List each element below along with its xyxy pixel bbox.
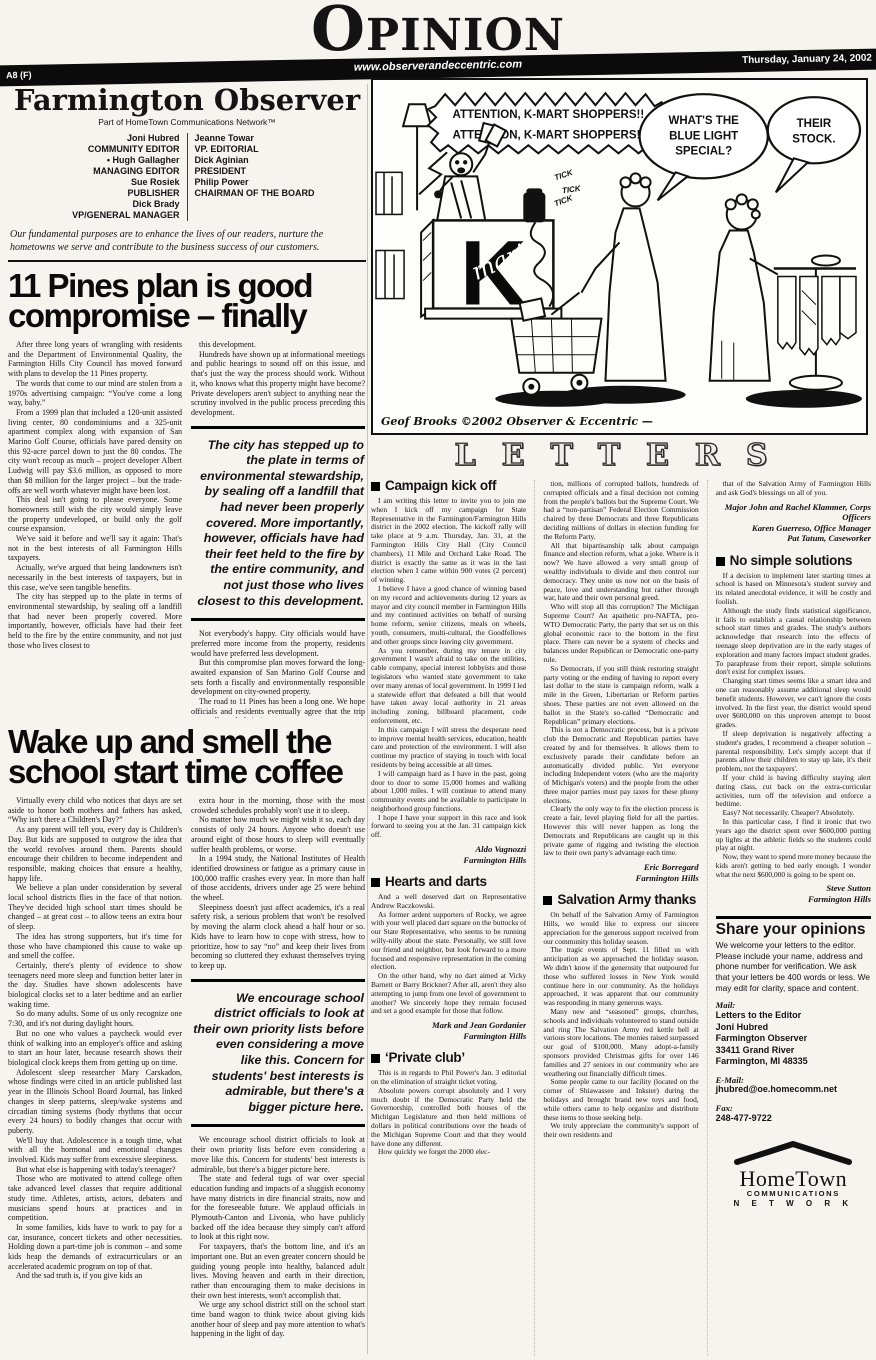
question-line-2: BLUE LIGHT [669,130,738,142]
paragraph: The state and federal tugs of war over s… [191,1174,365,1242]
paragraph: So do many adults. Some of us only recog… [8,1009,182,1028]
paragraph: We encourage school district officials t… [191,1135,365,1174]
signature-line: Aldo Vagnozzi [371,844,526,855]
issue-date: Thursday, January 24, 2002 [742,53,872,66]
staff-column-right: Jeanne TowarVP. EDITORIALDick AginianPRE… [188,133,367,221]
cartoonist-credit: Geof Brooks ©2002 Observer & Eccentric — [381,415,653,428]
editorial-2-col-2-top: extra hour in the morning, those with th… [191,796,365,971]
editorial-headline-2: Wake up and smell the school start time … [8,727,366,787]
email-address: jhubred@oe.homecomm.net [716,1084,871,1096]
paragraph: How quickly we forget the 2000 elec- [371,1148,526,1157]
paragraph: Those who are motivated to attend colleg… [8,1174,182,1223]
staff-line: MANAGING EDITOR [8,166,180,177]
mail-label: Mail: [716,1001,871,1010]
editorial-2: Virtually every child who notices that d… [8,796,366,1341]
balloon-announce-line-1: ATTENTION, K-MART SHOPPERS!! [452,109,644,121]
signature-line: Farmington Hills [371,855,526,866]
signature-line: Pat Tatum, Caseworker [716,533,871,544]
paragraph: Some people came to our facility (locate… [543,1078,698,1122]
letters-column-2: tion, millions of corrupted ballots, hun… [534,480,698,1356]
newspaper-nameplate: Farmington Observer [8,84,366,116]
lamp-icon [403,104,431,210]
share-opinions-box: Share your opinions We welcome your lett… [716,916,871,1124]
editorial-1-col-2-top: this development.Hundreds have shown up … [191,340,365,418]
answer-line-2: STOCK. [792,133,835,145]
tick-sfx-2: TICK [561,184,582,196]
paragraph: So Democrats, if you still think restori… [543,665,698,727]
editorial-2-col-2: extra hour in the morning, those with th… [191,796,365,1341]
signature-line: Karen Guerreso, Office Manager [716,523,871,534]
paragraph: The idea has strong supporters, but it's… [8,932,182,961]
square-bullet-icon [543,896,552,905]
cartoon-drawing: ATTENTION, K-MART SHOPPERS!! ATTENTION, … [373,80,866,433]
signature-line: Farmington Hills [543,873,698,884]
paragraph: From a 1999 plan that included a 120-uni… [8,408,182,495]
paragraph: But no one who values a paycheck would e… [8,1029,182,1068]
letter-campaign-signature: Aldo VagnozziFarmington Hills [371,844,526,865]
share-opinions-body: We welcome your letters to the editor. P… [716,940,871,993]
divider-rule [8,260,366,262]
letters-column-3: that of the Salvation Army of Farmington… [707,480,871,1356]
paragraph: Adolescent sleep researcher Mary Carskad… [8,1068,182,1136]
paragraph: We've said it before and we'll say it ag… [8,534,182,563]
fax-number: 248-477-9722 [716,1113,871,1125]
address-line: 33411 Grand River [716,1045,871,1057]
letters-section: Campaign kick off I am writing this lett… [371,480,871,1356]
letter-title: ‘Private club’ [385,1054,465,1063]
editorial-2-col-1: Virtually every child who notices that d… [8,796,182,1341]
signature-line: Steve Sutton [716,883,871,894]
letter-heading-salvation: Salvation Army thanks [543,896,698,905]
letter-private-club-signature: Eric BorregardFarmington Hills [543,862,698,883]
paragraph: But this compromise plan moves forward t… [191,658,365,697]
signature-line: Major John and Rachel Klammer, Corps Off… [716,502,871,523]
paragraph: Although the study finds statistical sig… [716,607,871,677]
letter-title: No simple solutions [730,557,853,566]
paragraph: Virtually every child who notices that d… [8,796,182,825]
paragraph: Not everybody's happy. City officials wo… [191,629,365,658]
paragraph: I am writing this letter to invite you t… [371,497,526,585]
page-number-label: A8 (F) [6,70,32,80]
staff-line: Sue Rosiek [8,177,180,188]
answer-line-1: THEIR [797,118,832,130]
square-bullet-icon [371,878,380,887]
share-opinions-title: Share your opinions [716,926,871,935]
paragraph: Absolute powers corrupt absolutely and I… [371,1087,526,1149]
letter-heading-campaign: Campaign kick off [371,482,526,491]
paragraph: this development. [191,340,365,350]
letter-title: Campaign kick off [385,482,496,491]
staff-line: PRESIDENT [195,166,367,177]
paragraph: Many new and “seasoned” groups, churches… [543,1008,698,1078]
mail-address: Letters to the EditorJoni HubredFarmingt… [716,1010,871,1068]
letter-title: Salvation Army thanks [557,896,696,905]
staff-line: Dick Brady [8,199,180,210]
hometown-roof-icon [733,1140,853,1166]
paragraph: tion, millions of corrupted ballots, hun… [543,480,698,542]
paragraph: In some families, kids have to work to p… [8,1223,182,1272]
letter-heading-no-simple: No simple solutions [716,557,871,566]
paragraph: In a 1994 study, the National Institutes… [191,854,365,903]
letter-salvation-continued: that of the Salvation Army of Farmington… [716,480,871,498]
editorial-2-col-2-bottom: We encourage school district officials t… [191,1135,365,1339]
paragraph: Hundreds have shown up at informational … [191,350,365,418]
question-line-3: SPECIAL? [675,145,732,157]
square-bullet-icon [371,1054,380,1063]
paragraph: On the other hand, why no dart aimed at … [371,972,526,1016]
fax-label: Fax: [716,1104,871,1113]
hometown-communications: COMMUNICATIONS [716,1190,871,1199]
paragraph: This is in regards to Phil Power's Jan. … [371,1069,526,1087]
paragraph: No matter how much we might wish it so, … [191,815,365,854]
answer-balloon: THEIR STOCK. [768,97,860,192]
square-bullet-icon [716,557,725,566]
tick-sfx-1: TICK [553,168,575,183]
paragraph: As any parent will tell you, every day i… [8,825,182,883]
paragraph: The words that come to our mind are stol… [8,379,182,408]
paragraph: If your child is having difficulty stayi… [716,774,871,809]
editorial-1: After three long years of wrangling with… [8,340,366,718]
paragraph: This is not a Democratic process, but is… [543,726,698,805]
paragraph: Changing start times seems like a smart … [716,677,871,730]
letter-hearts-signature: Mark and Jean GordanierFarmington Hills [371,1020,526,1041]
page-title-initial: O [311,0,366,65]
paragraph: As former ardent supporters of Rocky, we… [371,911,526,973]
letter-private-club-body: This is in regards to Phil Power's Jan. … [371,1069,526,1157]
page-title-rest: PINION [366,10,565,61]
staff-line: VP/GENERAL MANAGER [8,210,180,221]
staff-line: Philip Power [195,177,367,188]
address-line: Farmington, MI 48335 [716,1056,871,1068]
paragraph: Now, they want to spend more money becau… [716,853,871,879]
paragraph: We urge any school district still on the… [191,1300,365,1339]
paragraph: And the sad truth is, if you give kids a… [8,1271,182,1281]
editorial-headline-1: 11 Pines plan is good compromise – final… [8,271,366,331]
paragraph: In this campaign I will stress the despe… [371,726,526,770]
pull-quote-2: We encourage school district officials t… [191,979,365,1128]
letter-hearts-body: And a well deserved dart on Representati… [371,893,526,1016]
letters-section-banner: LETTERS [378,438,870,473]
letter-heading-private-club: ‘Private club’ [371,1054,526,1063]
paragraph: I hope I have your support in this race … [371,814,526,840]
letter-no-simple-signature: Steve SuttonFarmington Hills [716,883,871,904]
editorial-1-col-2: this development.Hundreds have shown up … [191,340,365,718]
staff-line: CHAIRMAN OF THE BOARD [195,188,367,199]
editorial-cartoon: ATTENTION, K-MART SHOPPERS!! ATTENTION, … [371,78,868,435]
staff-line: • Hugh Gallagher [8,155,180,166]
tick-sfx-3: TICK [553,193,575,208]
paragraph: All that bipartisanship talk about campa… [543,542,698,604]
paragraph: As you remember, during my tenure in cit… [371,647,526,726]
square-bullet-icon [371,482,380,491]
signature-line: Farmington Hills [371,1031,526,1042]
paragraph: Certainly, there's plenty of evidence to… [8,961,182,1010]
left-section: Farmington Observer Part of HomeTown Com… [8,84,366,1341]
paragraph: The city has stepped up to the plate in … [8,592,182,650]
staff-line: Joni Hubred [8,133,180,144]
paragraph: I believe I have a good chance of winnin… [371,585,526,647]
staff-line: PUBLISHER [8,188,180,199]
paragraph: We believe a plan under consideration by… [8,883,182,932]
paragraph: Sleepiness doesn't just affect academics… [191,903,365,971]
staff-line: COMMUNITY EDITOR [8,144,180,155]
paragraph: If sleep deprivation is negatively affec… [716,730,871,774]
email-line: jhubred@oe.homecomm.net [716,1084,871,1096]
column-divider [367,84,368,1354]
website-url: www.observerandeccentric.com [354,58,523,73]
shopper-at-rack [710,194,862,407]
paragraph: On behalf of the Salvation Army of Farmi… [543,911,698,946]
staff-line: VP. EDITORIAL [195,144,367,155]
paragraph: I will campaign hard as I have in the pa… [371,770,526,814]
letter-no-simple-body: If a decision to implement later startin… [716,572,871,880]
letter-title: Hearts and darts [385,878,487,887]
mission-statement: Our fundamental purposes are to enhance … [10,229,364,254]
paragraph: And a well deserved dart on Representati… [371,893,526,911]
letter-heading-hearts: Hearts and darts [371,878,526,887]
bookshelf-icon [376,172,404,298]
letter-campaign-body: I am writing this letter to invite you t… [371,497,526,840]
address-line: Letters to the Editor [716,1010,871,1022]
staff-line: Dick Aginian [195,155,367,166]
letter-salvation-signature: Major John and Rachel Klammer, Corps Off… [716,502,871,544]
question-line-1: WHAT'S THE [668,115,739,127]
paragraph: that of the Salvation Army of Farmington… [716,480,871,498]
signature-line: Mark and Jean Gordanier [371,1020,526,1031]
address-line: Farmington Observer [716,1033,871,1045]
letter-private-club-continued: tion, millions of corrupted ballots, hun… [543,480,698,858]
staff-column-left: Joni HubredCOMMUNITY EDITOR• Hugh Gallag… [8,133,188,221]
hometown-network: N E T W O R K [716,1200,871,1209]
paragraph: Clearly the only way to fix the election… [543,805,698,858]
paragraph: This deal isn't going to please everyone… [8,495,182,534]
paragraph: We truly appreciate the community's supp… [543,1122,698,1140]
nameplate-tagline: Part of HomeTown Communications Network™ [8,117,366,127]
paragraph: The road to 11 Pines has been a long one… [191,697,365,718]
paragraph: extra hour in the morning, those with th… [191,796,365,815]
letters-column-1: Campaign kick off I am writing this lett… [371,480,526,1356]
hometown-name: HomeTown [716,1169,871,1189]
paragraph: After three long years of wrangling with… [8,340,182,379]
paragraph: In this particular case, I find it ironi… [716,818,871,853]
paragraph: Who will stop all this corruption? The M… [543,603,698,665]
pull-quote-1: The city has stepped up to the plate in … [191,426,365,622]
paragraph: For taxpayers, that's the bottom line, a… [191,1242,365,1300]
editorial-1-col-2-bottom: Not everybody's happy. City officials wo… [191,629,365,718]
staff-box: Joni HubredCOMMUNITY EDITOR• Hugh Gallag… [8,133,366,221]
letter-salvation-body: On behalf of the Salvation Army of Farmi… [543,911,698,1140]
paragraph: Actually, we've argued that being landow… [8,563,182,592]
paragraph: We'll buy that. Adolescence is a tough t… [8,1136,182,1165]
email-label: E-Mail: [716,1076,871,1085]
signature-line: Eric Borregard [543,862,698,873]
paragraph: If a decision to implement later startin… [716,572,871,607]
address-line: Joni Hubred [716,1022,871,1034]
paragraph: But what else is happening with today's … [8,1165,182,1175]
paragraph: The tragic events of Sept. 11 filled us … [543,946,698,1008]
editorial-1-col-1: After three long years of wrangling with… [8,340,182,718]
staff-line: Jeanne Towar [195,133,367,144]
fax-line: 248-477-9722 [716,1113,871,1125]
signature-line: Farmington Hills [716,894,871,905]
hometown-logo: HomeTown COMMUNICATIONS N E T W O R K [716,1140,871,1208]
question-balloon: WHAT'S THE BLUE LIGHT SPECIAL? [640,94,768,200]
